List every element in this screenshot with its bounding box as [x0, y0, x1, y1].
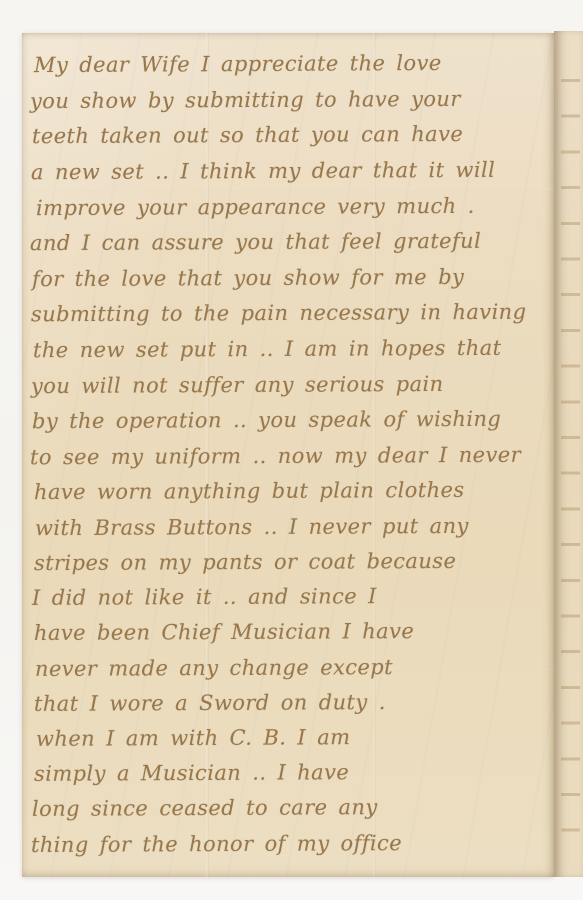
letter-line: that I wore a Sword on duty .	[34, 690, 386, 716]
letter-line: to see my uniform .. now my dear I never	[30, 443, 521, 470]
scan-background: My dear Wife I appreciate the love you s…	[0, 0, 583, 900]
letter-page: My dear Wife I appreciate the love you s…	[22, 33, 554, 877]
letter-line: you show by submitting to have your	[30, 87, 461, 113]
letter-line: never made any change except	[35, 655, 393, 681]
letter-line: thing for the honor of my office	[31, 831, 402, 857]
letter-line: My dear Wife I appreciate the love	[34, 51, 442, 77]
letter-line: simply a Musician .. I have	[34, 760, 349, 786]
letter-line: the new set put in .. I am in hopes that	[33, 336, 502, 362]
letter-line: by the operation .. you speak of wishing	[32, 407, 501, 433]
letter-line: and I can assure you that feel grateful	[30, 229, 481, 255]
letter-line: you will not suffer any serious pain	[31, 372, 444, 398]
letter-line: submitting to the pain necessary in havi…	[31, 300, 527, 327]
letter-line: have been Chief Musician I have	[34, 619, 414, 645]
letter-line: a new set .. I think my dear that it wil…	[31, 158, 495, 184]
letter-line: when I am with C. B. I am	[36, 725, 351, 751]
letter-line: teeth taken out so that you can have	[32, 122, 463, 148]
letter-line: for the love that you show for me by	[32, 265, 464, 291]
letter-line: have worn anything but plain clothes	[34, 478, 465, 504]
horizontal-fold-crease	[22, 189, 554, 191]
clipped-handwriting-strokes	[561, 57, 580, 847]
adjacent-page-edge	[554, 31, 583, 877]
letter-line: improve your appearance very much .	[36, 194, 475, 220]
letter-line: I did not like it .. and since I	[32, 584, 377, 610]
letter-line: long since ceased to care any	[32, 795, 378, 821]
letter-line: with Brass Buttons .. I never put any	[35, 514, 469, 540]
letter-line: stripes on my pants or coat because	[34, 549, 456, 575]
